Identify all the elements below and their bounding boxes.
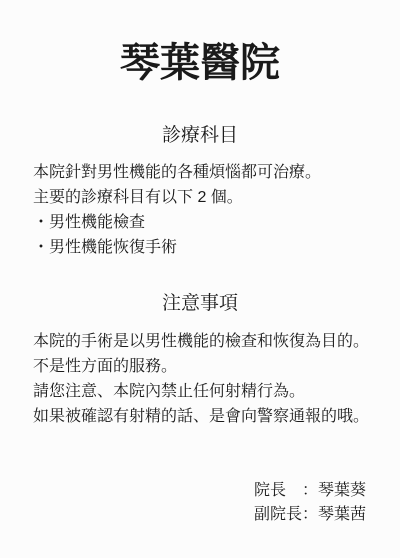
text-line: 請您注意、本院內禁止任何射精行為。 bbox=[33, 379, 380, 404]
hospital-notice-document: 琴葉醫院 診療科目 本院針對男性機能的各種煩惱都可治療。 主要的診療科目有以下 … bbox=[0, 0, 400, 558]
director-signature: 院長 ：琴葉葵 bbox=[0, 479, 366, 503]
section-departments-body: 本院針對男性機能的各種煩惱都可治療。 主要的診療科目有以下 2 個。 ・男性機能… bbox=[0, 160, 400, 260]
section-departments: 診療科目 本院針對男性機能的各種煩惱都可治療。 主要的診療科目有以下 2 個。 … bbox=[0, 124, 400, 260]
bullet-item-surgery: ・男性機能恢復手術 bbox=[33, 235, 380, 260]
text-line: 不是性方面的服務。 bbox=[33, 354, 380, 379]
section-precautions-heading: 注意事項 bbox=[0, 292, 400, 316]
bullet-item-exam: ・男性機能檢查 bbox=[33, 210, 380, 235]
text-line: 如果被確認有射精的話、是會向警察通報的哦。 bbox=[33, 404, 380, 429]
text-line: 本院針對男性機能的各種煩惱都可治療。 bbox=[33, 160, 380, 185]
hospital-title: 琴葉醫院 bbox=[0, 0, 400, 88]
section-precautions: 注意事項 本院的手術是以男性機能的檢查和恢復為目的。 不是性方面的服務。 請您注… bbox=[0, 292, 400, 429]
section-departments-heading: 診療科目 bbox=[0, 124, 400, 148]
section-precautions-body: 本院的手術是以男性機能的檢查和恢復為目的。 不是性方面的服務。 請您注意、本院內… bbox=[0, 329, 400, 429]
vice-director-signature: 副院長：琴葉茜 bbox=[0, 503, 366, 527]
text-line: 本院的手術是以男性機能的檢查和恢復為目的。 bbox=[33, 329, 380, 354]
signature-block: 院長 ：琴葉葵 副院長：琴葉茜 bbox=[0, 479, 366, 527]
text-line: 主要的診療科目有以下 2 個。 bbox=[33, 185, 380, 210]
